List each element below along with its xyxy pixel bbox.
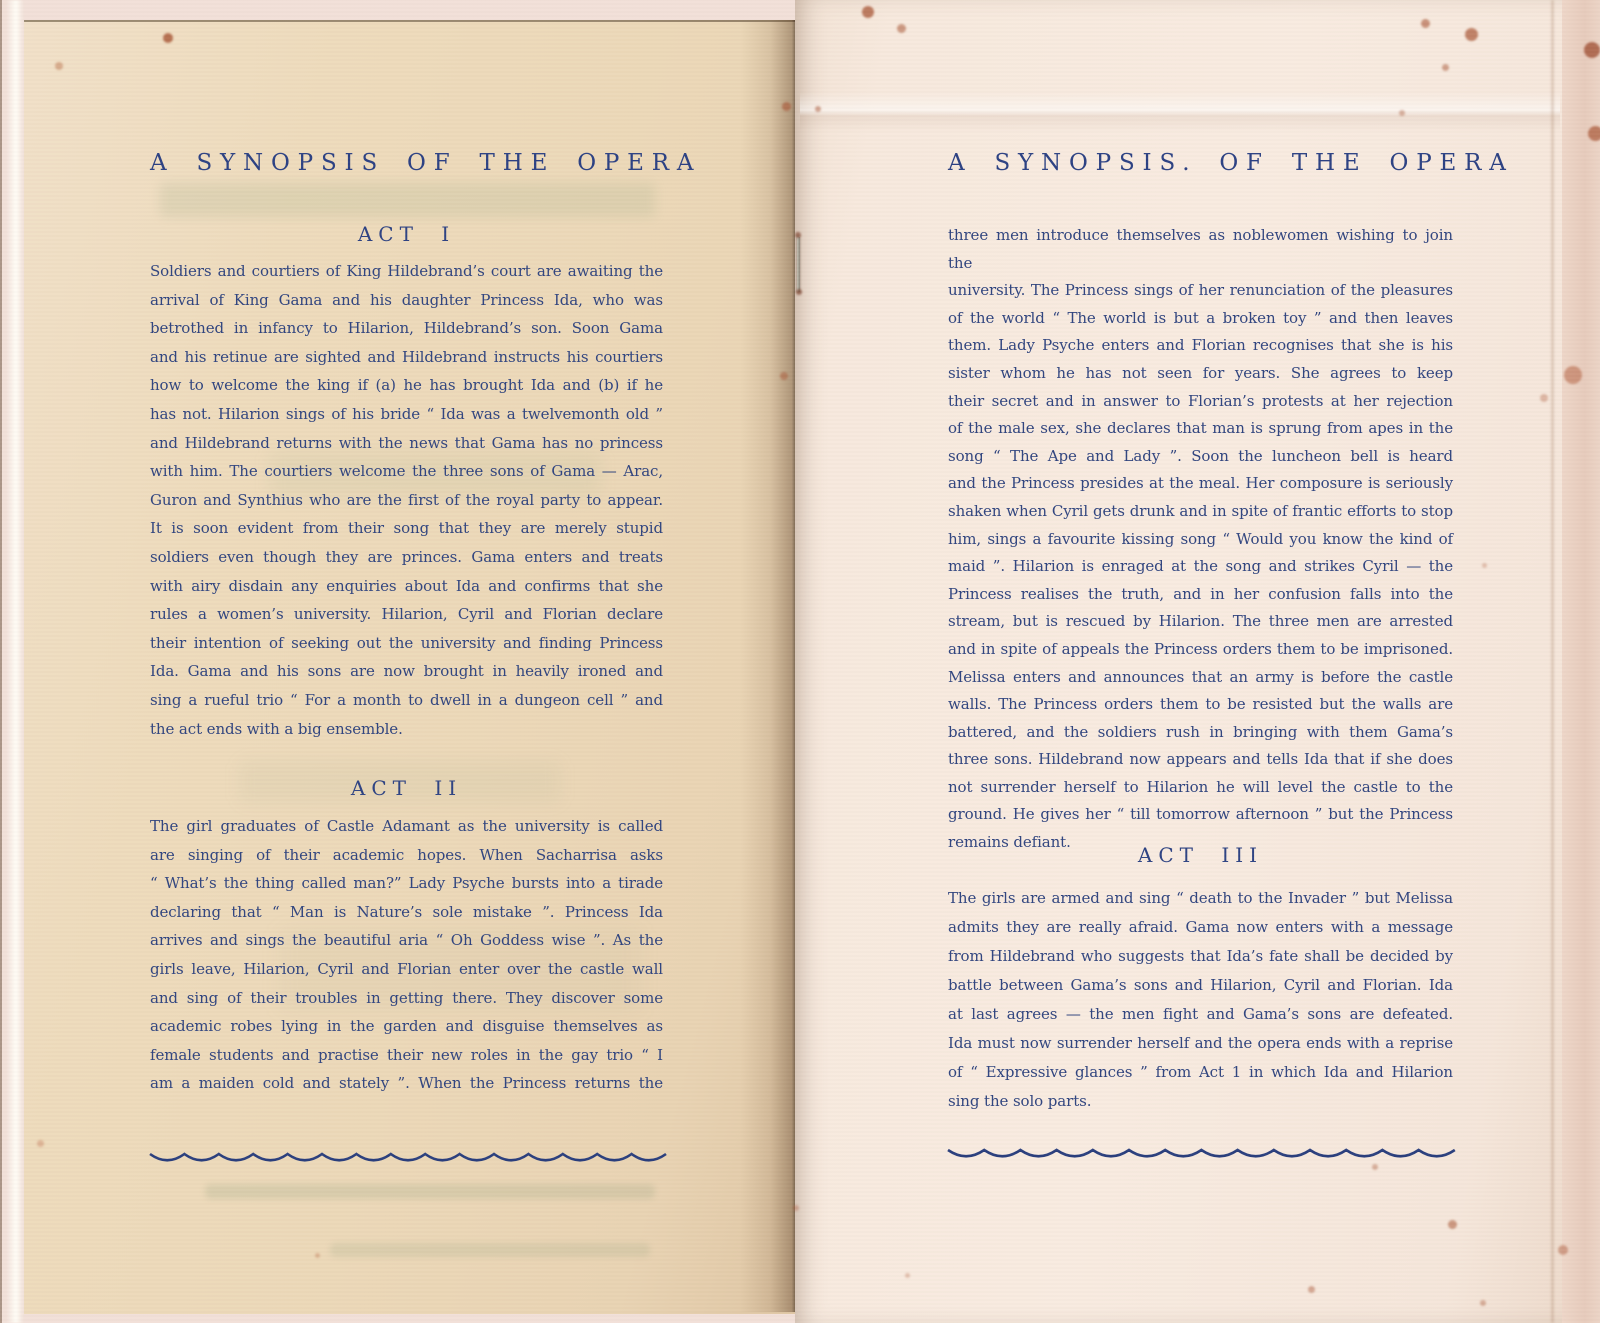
text-line: admits they are really afraid. Gama now … xyxy=(948,913,1453,942)
text-line: sing the solo parts. xyxy=(948,1087,1453,1116)
text-line: Soldiers and courtiers of King Hildebran… xyxy=(150,257,663,286)
foxing-spot xyxy=(1540,394,1548,402)
foxing-spot xyxy=(37,1140,44,1147)
text-line: The girl graduates of Castle Adamant as … xyxy=(150,812,663,841)
text-line: Melissa enters and announces that an arm… xyxy=(948,664,1453,692)
text-line: them. Lady Psyche enters and Florian rec… xyxy=(948,332,1453,360)
text-line: am a maiden cold and stately ”. When the… xyxy=(150,1069,663,1098)
text-line: battle between Gama’s sons and Hilarion,… xyxy=(948,971,1453,1000)
foxing-spot xyxy=(1442,64,1449,71)
foxing-spot xyxy=(897,24,906,33)
foxing-spot xyxy=(163,33,173,43)
synopsis-paragraph: The girls are armed and sing “ death to … xyxy=(948,884,1453,1116)
text-line: are singing of their academic hopes. Whe… xyxy=(150,841,663,870)
text-line: with airy disdain any enquiries about Id… xyxy=(150,572,663,601)
text-line: The girls are armed and sing “ death to … xyxy=(948,884,1453,913)
text-line: three men introduce themselves as noblew… xyxy=(948,222,1453,277)
synopsis-paragraph: The girl graduates of Castle Adamant as … xyxy=(150,812,663,1098)
synopsis-paragraph: Soldiers and courtiers of King Hildebran… xyxy=(150,257,663,743)
act-heading: ACT III xyxy=(948,843,1453,867)
text-line: and sing of their troubles in getting th… xyxy=(150,984,663,1013)
text-line: and Hildebrand returns with the news tha… xyxy=(150,429,663,458)
text-line: their intention of seeking out the unive… xyxy=(150,629,663,658)
text-line: and in spite of appeals the Princess ord… xyxy=(948,636,1453,664)
text-line: ground. He gives her “ till tomorrow aft… xyxy=(948,801,1453,829)
foxing-spot xyxy=(1399,110,1405,116)
text-line: and the Princess presides at the meal. H… xyxy=(948,470,1453,498)
text-line: Ida. Gama and his sons are now brought i… xyxy=(150,657,663,686)
text-line: university. The Princess sings of her re… xyxy=(948,277,1453,305)
foxing-spot xyxy=(1480,1300,1486,1306)
text-line: academic robes lying in the garden and d… xyxy=(150,1012,663,1041)
foxing-spot xyxy=(1448,1220,1457,1229)
foxing-spot xyxy=(1465,28,1478,41)
foxing-spot xyxy=(55,62,63,70)
text-line: female students and practise their new r… xyxy=(150,1041,663,1070)
foxing-spot xyxy=(1584,42,1600,58)
text-line: Princess realises the truth, and in her … xyxy=(948,581,1453,609)
text-line: stream, but is rescued by Hilarion. The … xyxy=(948,608,1453,636)
text-line: song “ The Ape and Lady ”. Soon the lunc… xyxy=(948,443,1453,471)
staple xyxy=(797,237,800,292)
paper-crease xyxy=(1551,0,1554,1323)
text-line: arrival of King Gama and his daughter Pr… xyxy=(150,286,663,315)
foxing-spot xyxy=(793,1205,799,1211)
foxing-spot xyxy=(815,106,821,112)
gutter-shadow xyxy=(740,20,795,1312)
text-line: Guron and Synthius who are the first of … xyxy=(150,486,663,515)
text-line: not surrender herself to Hilarion he wil… xyxy=(948,774,1453,802)
wave-divider xyxy=(148,1150,668,1168)
act-heading: ACT I xyxy=(150,222,663,246)
foxing-spot xyxy=(1372,1164,1378,1170)
foxing-spot xyxy=(780,372,788,380)
foxing-spot xyxy=(782,102,791,111)
programme-scan: { "document": { "left_page": { "title": … xyxy=(0,0,1600,1323)
text-line: arrives and sings the beautiful aria “ O… xyxy=(150,926,663,955)
foxing-spot xyxy=(1421,19,1430,28)
text-line: sing a rueful trio “ For a month to dwel… xyxy=(150,686,663,715)
text-line: and his retinue are sighted and Hildebra… xyxy=(150,343,663,372)
text-line: of the world “ The world is but a broken… xyxy=(948,305,1453,333)
text-line: girls leave, Hilarion, Cyril and Florian… xyxy=(150,955,663,984)
text-line: three sons. Hildebrand now appears and t… xyxy=(948,746,1453,774)
text-line: with him. The courtiers welcome the thre… xyxy=(150,457,663,486)
text-line: their secret and in answer to Florian’s … xyxy=(948,388,1453,416)
staple-rust xyxy=(795,232,801,238)
page-title: A SYNOPSIS OF THE OPERA xyxy=(150,150,663,176)
fold-crease xyxy=(0,0,2,1323)
text-line: maid ”. Hilarion is enraged at the song … xyxy=(948,553,1453,581)
foxing-spot xyxy=(1558,1245,1568,1255)
text-line: Ida must now surrender herself and the o… xyxy=(948,1029,1453,1058)
staple-rust xyxy=(796,289,802,295)
synopsis-paragraph: three men introduce themselves as noblew… xyxy=(948,222,1453,857)
page-title: A SYNOPSIS. OF THE OPERA xyxy=(948,150,1453,176)
text-line: declaring that “ Man is Nature’s sole mi… xyxy=(150,898,663,927)
text-line: soldiers even though they are princes. G… xyxy=(150,543,663,572)
foxing-spot xyxy=(905,1273,910,1278)
text-line: him, sings a favourite kissing song “ Wo… xyxy=(948,526,1453,554)
text-line: “ What’s the thing called man?” Lady Psy… xyxy=(150,869,663,898)
foxing-spot xyxy=(1482,563,1487,568)
wave-divider xyxy=(946,1146,1456,1164)
foxing-spot xyxy=(1308,1286,1315,1293)
text-line: It is soon evident from their song that … xyxy=(150,514,663,543)
text-line: shaken when Cyril gets drunk and in spit… xyxy=(948,498,1453,526)
text-line: of the male sex, she declares that man i… xyxy=(948,415,1453,443)
text-line: battered, and the soldiers rush in bring… xyxy=(948,719,1453,747)
text-line: betrothed in infancy to Hilarion, Hildeb… xyxy=(150,314,663,343)
cover-edge xyxy=(1562,0,1600,1323)
text-line: how to welcome the king if (a) he has br… xyxy=(150,371,663,400)
text-line: sister whom he has not seen for years. S… xyxy=(948,360,1453,388)
foxing-spot xyxy=(315,1253,320,1258)
text-line: walls. The Princess orders them to be re… xyxy=(948,691,1453,719)
text-line: rules a women’s university. Hilarion, Cy… xyxy=(150,600,663,629)
text-line: the act ends with a big ensemble. xyxy=(150,715,663,744)
foxing-spot xyxy=(1588,126,1600,141)
foxing-spot xyxy=(862,6,874,18)
act-heading: ACT II xyxy=(150,776,663,800)
page-edge-highlight xyxy=(6,0,24,1323)
text-line: has not. Hilarion sings of his bride “ I… xyxy=(150,400,663,429)
text-line: of “ Expressive glances ” from Act 1 in … xyxy=(948,1058,1453,1087)
text-line: at last agrees — the men fight and Gama’… xyxy=(948,1000,1453,1029)
text-line: from Hildebrand who suggests that Ida’s … xyxy=(948,942,1453,971)
foxing-spot xyxy=(1564,366,1582,384)
